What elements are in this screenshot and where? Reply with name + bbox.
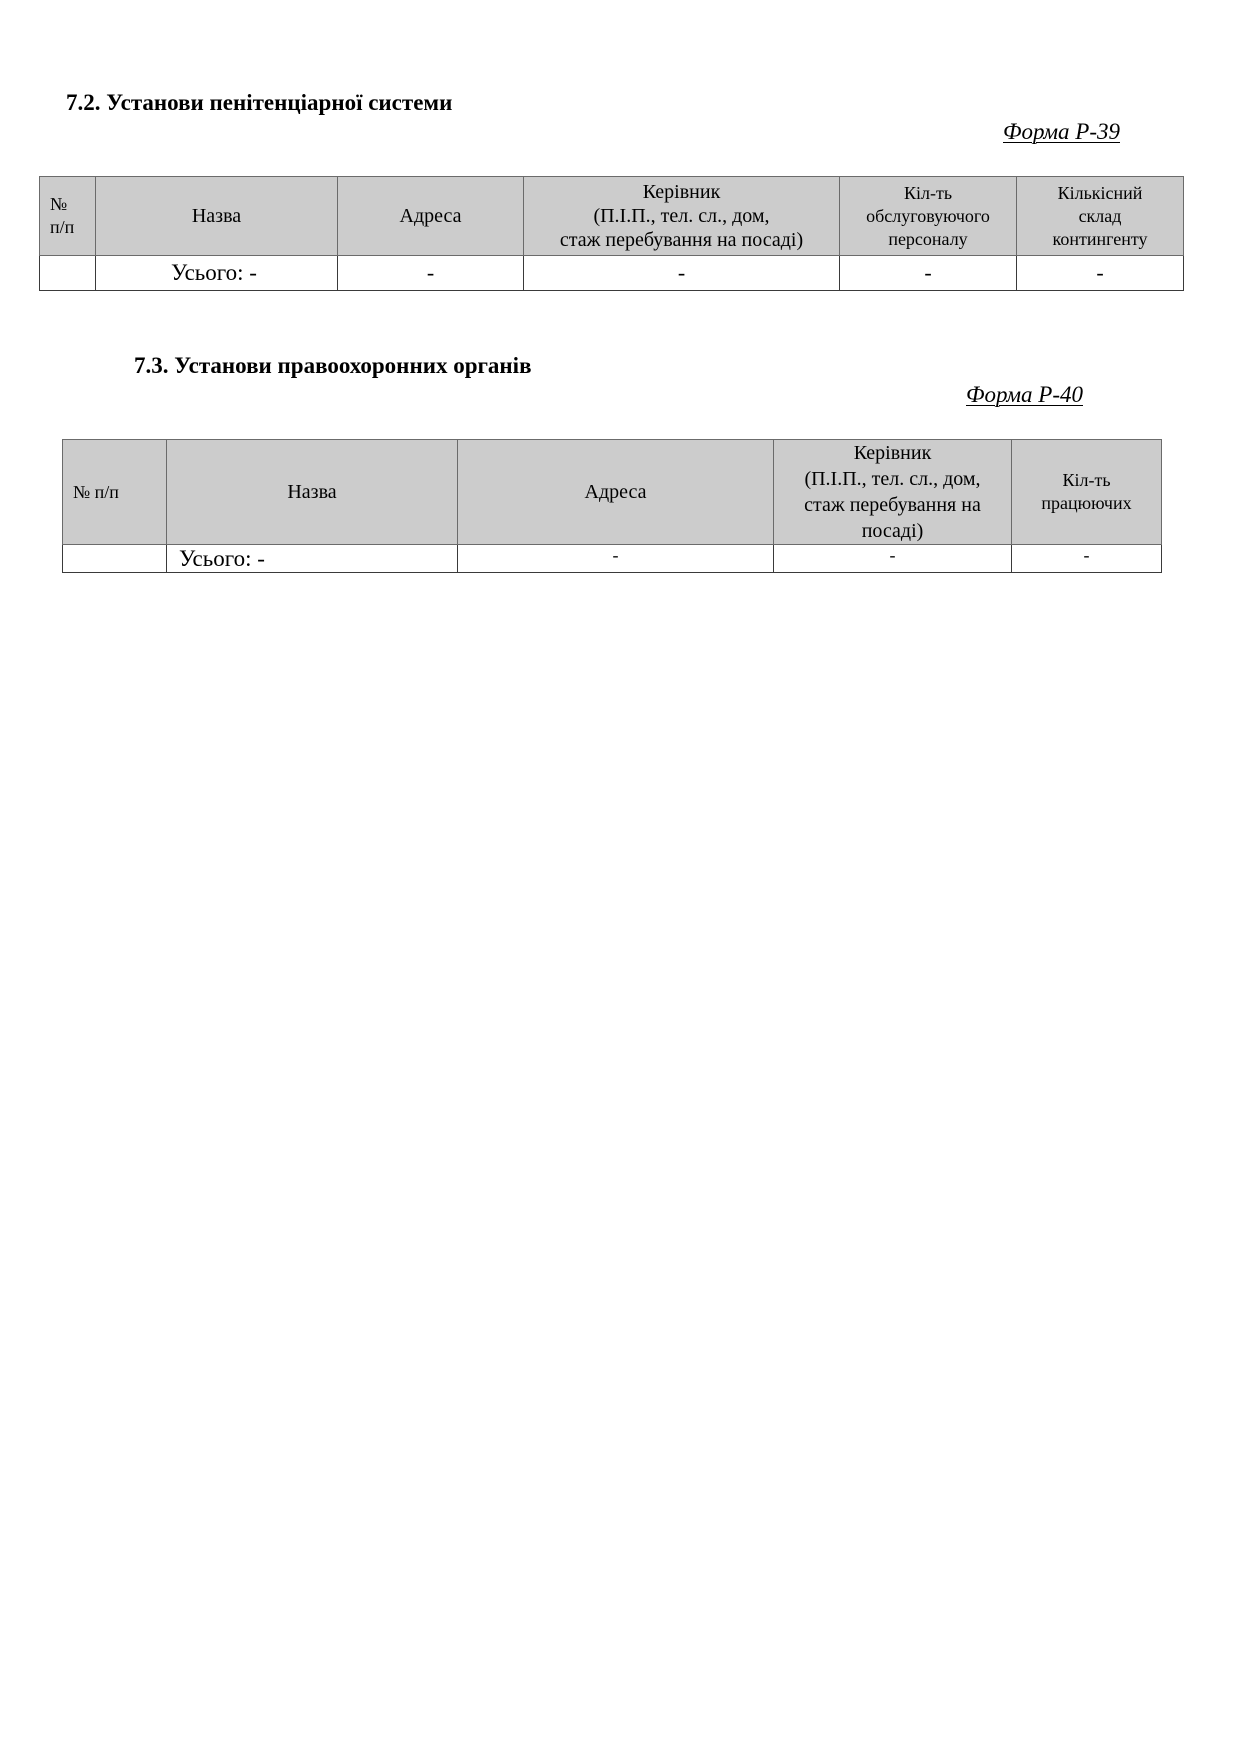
col-header-name: Назва [96, 177, 338, 256]
col-header-staff-count: Кіл-ть обслуговуючого персоналу [840, 177, 1017, 256]
cell-staff-count: - [840, 256, 1017, 291]
cell-number [40, 256, 96, 291]
col-header-number: № п/п [40, 177, 96, 256]
cell-contingent: - [1017, 256, 1184, 291]
col-header-name-text: Назва [99, 204, 334, 228]
section-heading-7-2: 7.2. Установи пенітенціарної системи [66, 90, 452, 116]
cell-total-label: Усього: - [167, 545, 458, 573]
form-label-r39: Форма Р-39 [1003, 119, 1120, 145]
col-header-address-text: Адреса [461, 479, 770, 505]
cell-number [63, 545, 167, 573]
col-header-number-text: № п/п [50, 193, 92, 239]
cell-address: - [338, 256, 524, 291]
col-header-name: Назва [167, 440, 458, 545]
col-header-employee-count-text: Кіл-ть працюючих [1015, 469, 1158, 515]
cell-total-label: Усього: - [96, 256, 338, 291]
col-header-employee-count: Кіл-ть працюючих [1012, 440, 1162, 545]
col-header-number-text: № п/п [73, 481, 163, 504]
section-heading-7-3: 7.3. Установи правоохоронних органів [134, 353, 532, 379]
col-header-address: Адреса [458, 440, 774, 545]
col-header-number: № п/п [63, 440, 167, 545]
table-law-enforcement-institutions: № п/п Назва Адреса Керівник (П.І.П., тел… [62, 439, 1162, 573]
cell-head: - [524, 256, 840, 291]
table-penitentiary-institutions: № п/п Назва Адреса Керівник (П.І.П., тел… [39, 176, 1184, 291]
cell-address: - [458, 545, 774, 573]
col-header-address-text: Адреса [341, 204, 520, 228]
col-header-name-text: Назва [170, 479, 454, 505]
col-header-head: Керівник (П.І.П., тел. сл., дом, стаж пе… [774, 440, 1012, 545]
cell-employee-count: - [1012, 545, 1162, 573]
table-header-row: № п/п Назва Адреса Керівник (П.І.П., тел… [40, 177, 1184, 256]
col-header-staff-count-text: Кіл-ть обслуговуючого персоналу [843, 182, 1013, 251]
table-row-total: Усього: - - - - - [40, 256, 1184, 291]
col-header-contingent-text: Кількісний склад контингенту [1020, 182, 1180, 251]
col-header-address: Адреса [338, 177, 524, 256]
table-row-total: Усього: - - - - [63, 545, 1162, 573]
col-header-head: Керівник (П.І.П., тел. сл., дом, стаж пе… [524, 177, 840, 256]
form-label-r40: Форма Р-40 [966, 382, 1083, 408]
col-header-head-text: Керівник (П.І.П., тел. сл., дом, стаж пе… [777, 440, 1008, 544]
table-header-row: № п/п Назва Адреса Керівник (П.І.П., тел… [63, 440, 1162, 545]
cell-head: - [774, 545, 1012, 573]
col-header-head-text: Керівник (П.І.П., тел. сл., дом, стаж пе… [527, 180, 836, 252]
col-header-contingent: Кількісний склад контингенту [1017, 177, 1184, 256]
